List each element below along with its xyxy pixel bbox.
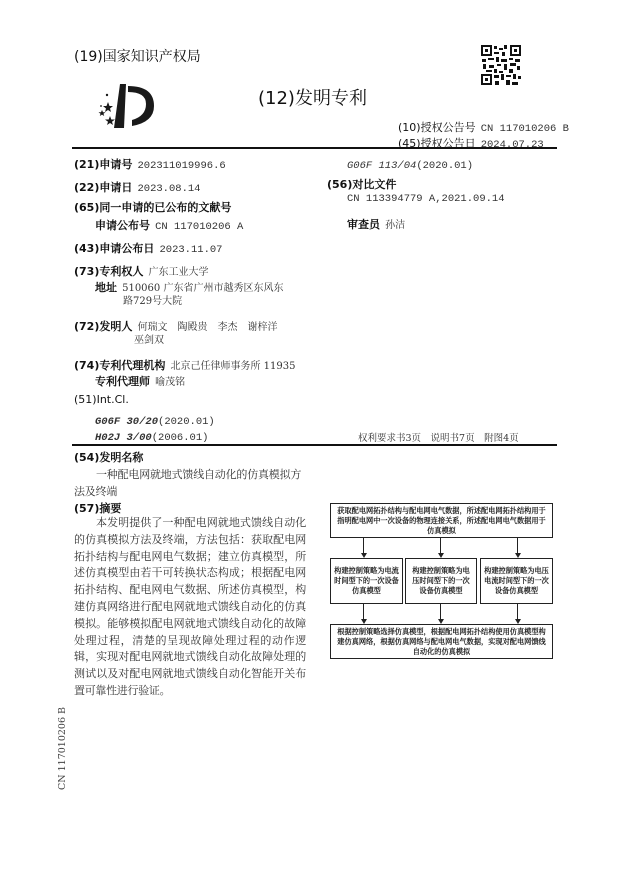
intcl-extra-code: G06F 113/04 bbox=[347, 160, 416, 172]
pub-no-row: 申请公布号 CN 117010206 A bbox=[95, 214, 243, 233]
flow-step-voltage-time: 构建控制策略为电压时间型下的一次设备仿真模型 bbox=[405, 558, 477, 604]
inventors-line2: 巫剑双 bbox=[134, 331, 164, 346]
title-label: (54)发明名称 bbox=[74, 449, 143, 465]
pub-date: 2023.11.07 bbox=[159, 244, 222, 256]
app-no-label: (21)申请号 bbox=[74, 158, 132, 171]
office-name: (19)国家知识产权局 bbox=[74, 46, 201, 66]
pub-date-label: (43)申请公布日 bbox=[74, 242, 154, 255]
page-counts: 权利要求书3页 说明书7页 附图4页 bbox=[358, 430, 519, 444]
inventors-row: (72)发明人 何瑞文 陶殿贵 李杰 谢梓洋 bbox=[74, 315, 277, 334]
intcl-label: (51)Int.Cl. bbox=[74, 393, 129, 406]
flow-step-current-time: 构建控制策略为电流时间型下的一次设备仿真模型 bbox=[330, 558, 403, 604]
app-no-row: (21)申请号 202311019996.6 bbox=[74, 153, 226, 172]
cnipa-logo-icon bbox=[98, 80, 160, 130]
address-line2: 路729号大院 bbox=[123, 292, 182, 307]
agent: 喻茂铭 bbox=[155, 377, 185, 388]
examiner-row: 审查员 孙洁 bbox=[347, 213, 405, 232]
document-type: (12)发明专利 bbox=[258, 84, 367, 110]
intcl-row-2: H02J 3/00(2006.01) bbox=[95, 425, 208, 444]
app-date-label: (22)申请日 bbox=[74, 181, 132, 194]
intcl-ver-2: (2006.01) bbox=[152, 432, 209, 444]
cited-label: (56)对比文件 bbox=[327, 176, 396, 192]
flow-step-bottom: 根据控制策略选择仿真模型，根据配电网拓扑结构使用仿真模型构建仿真网络，根据仿真网… bbox=[330, 624, 553, 659]
intcl-code-2: H02J 3/00 bbox=[95, 432, 152, 444]
agent-label: 专利代理师 bbox=[95, 375, 150, 388]
cited-document: CN 113394779 A,2021.09.14 bbox=[347, 193, 505, 205]
header-divider bbox=[72, 147, 557, 149]
flow-step-top: 获取配电网拓扑结构与配电网电气数据，所述配电网拓扑结构用于指明配电网中一次设备的… bbox=[330, 503, 553, 538]
arrow-line bbox=[440, 538, 441, 554]
agent-row: 专利代理师 喻茂铭 bbox=[95, 370, 185, 389]
pub-date-row: (43)申请公布日 2023.11.07 bbox=[74, 237, 222, 256]
app-no: 202311019996.6 bbox=[137, 160, 225, 172]
inventors-label: (72)发明人 bbox=[74, 320, 132, 333]
qr-code-icon bbox=[480, 44, 522, 86]
pub-no: CN 117010206 A bbox=[155, 221, 243, 233]
intcl-extra-ver: (2020.01) bbox=[416, 160, 473, 172]
app-date-row: (22)申请日 2023.08.14 bbox=[74, 176, 200, 195]
address-label: 地址 bbox=[95, 281, 117, 294]
pub-no-label: 申请公布号 bbox=[95, 219, 150, 232]
abstract-text: 本发明提供了一种配电网就地式馈线自动化的仿真模拟方法及终端，方法包括：获取配电网… bbox=[74, 515, 306, 700]
intcl-extra-row: G06F 113/04(2020.01) bbox=[347, 153, 473, 172]
invention-title: 一种配电网就地式馈线自动化的仿真模拟方法及终端 bbox=[74, 466, 306, 500]
examiner-label: 审查员 bbox=[347, 218, 380, 231]
agency: 北京己任律师事务所 11935 bbox=[170, 361, 295, 372]
arrow-line bbox=[517, 538, 518, 554]
flow-step-voltage-current-time: 构建控制策略为电压电流时间型下的一次设备仿真模型 bbox=[480, 558, 553, 604]
side-publication-number: CN 117010206 B bbox=[57, 707, 68, 790]
prior-pub-label: (65)同一申请的已公布的文献号 bbox=[74, 199, 231, 215]
examiner: 孙洁 bbox=[385, 220, 405, 231]
arrow-line bbox=[363, 538, 364, 554]
app-date: 2023.08.14 bbox=[137, 183, 200, 195]
abstract-label: (57)摘要 bbox=[74, 500, 121, 516]
grant-date: 2024.07.23 bbox=[481, 139, 544, 151]
biblio-divider bbox=[72, 444, 557, 446]
